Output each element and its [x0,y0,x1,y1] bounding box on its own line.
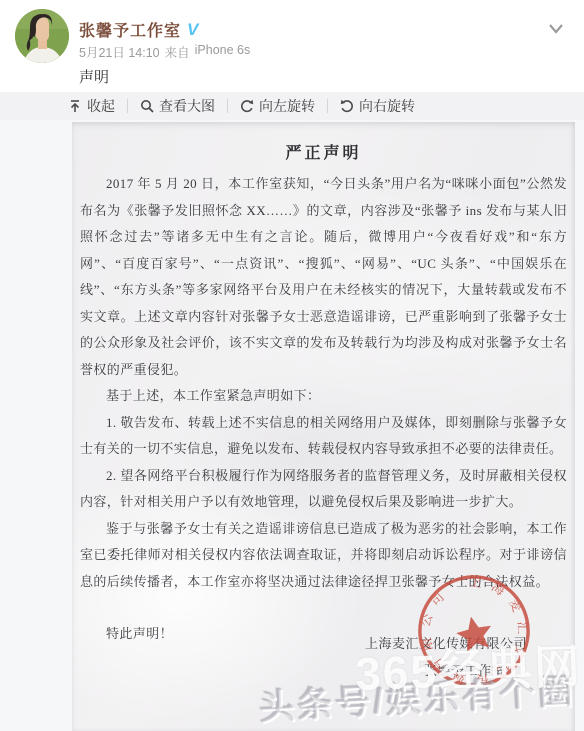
author-name[interactable]: 张馨予工作室 [79,18,181,41]
rotate-right-label: 向右旋转 [359,96,415,116]
source-device[interactable]: iPhone 6s [195,43,251,61]
doc-paragraph: 1. 敬告发布、转载上述不实信息的相关网络用户及媒体，即刻删除与张馨予女士有关的… [80,410,567,463]
post-datetime[interactable]: 5月21日 14:10 [79,43,160,61]
doc-paragraph: 2017 年 5 月 20 日，本工作室获知，“今日头条”用户名为“咪咪小面包”… [80,171,567,383]
toolbar-divider [327,99,328,113]
doc-paragraph: 2. 望各网络平台积极履行作为网络服务者的监督管理义务，及时屏蔽相关侵权内容，针… [80,463,567,516]
rotate-left-button[interactable]: 向左旋转 [240,96,315,116]
rotate-left-icon [240,99,254,113]
source-prefix: 来自 [165,43,190,61]
magnifier-icon [140,99,154,113]
avatar[interactable] [15,9,69,63]
toolbar-divider [227,99,228,113]
verified-badge-icon: V [187,21,198,38]
watermark-site: 365经典网 [354,630,583,704]
collapse-label: 收起 [87,96,115,116]
chevron-down-icon[interactable] [548,22,564,34]
collapse-button[interactable]: 收起 [68,96,115,116]
document-title: 严正声明 [80,140,567,163]
post-header: 张馨予工作室 V 5月21日 14:10 来自 iPhone 6s 声明 [0,0,584,92]
rotate-right-button[interactable]: 向右旋转 [340,96,415,116]
photo-section: 严正声明 2017 年 5 月 20 日，本工作室获知，“今日头条”用户名为“咪… [0,120,584,731]
post-meta: 5月21日 14:10 来自 iPhone 6s [79,43,250,61]
toolbar-divider [127,99,128,113]
rotate-left-label: 向左旋转 [259,96,315,116]
post-content-text: 声明 [79,66,109,87]
author-row: 张馨予工作室 V [79,18,198,41]
collapse-icon [68,99,82,113]
image-toolbar: 收起 查看大图 向左旋转 向右旋转 [0,92,584,120]
view-large-label: 查看大图 [159,96,215,116]
avatar-portrait [15,9,69,63]
view-large-button[interactable]: 查看大图 [140,96,215,116]
rotate-right-icon [340,99,354,113]
doc-paragraph: 基于上述，本工作室紧急声明如下： [80,383,567,410]
